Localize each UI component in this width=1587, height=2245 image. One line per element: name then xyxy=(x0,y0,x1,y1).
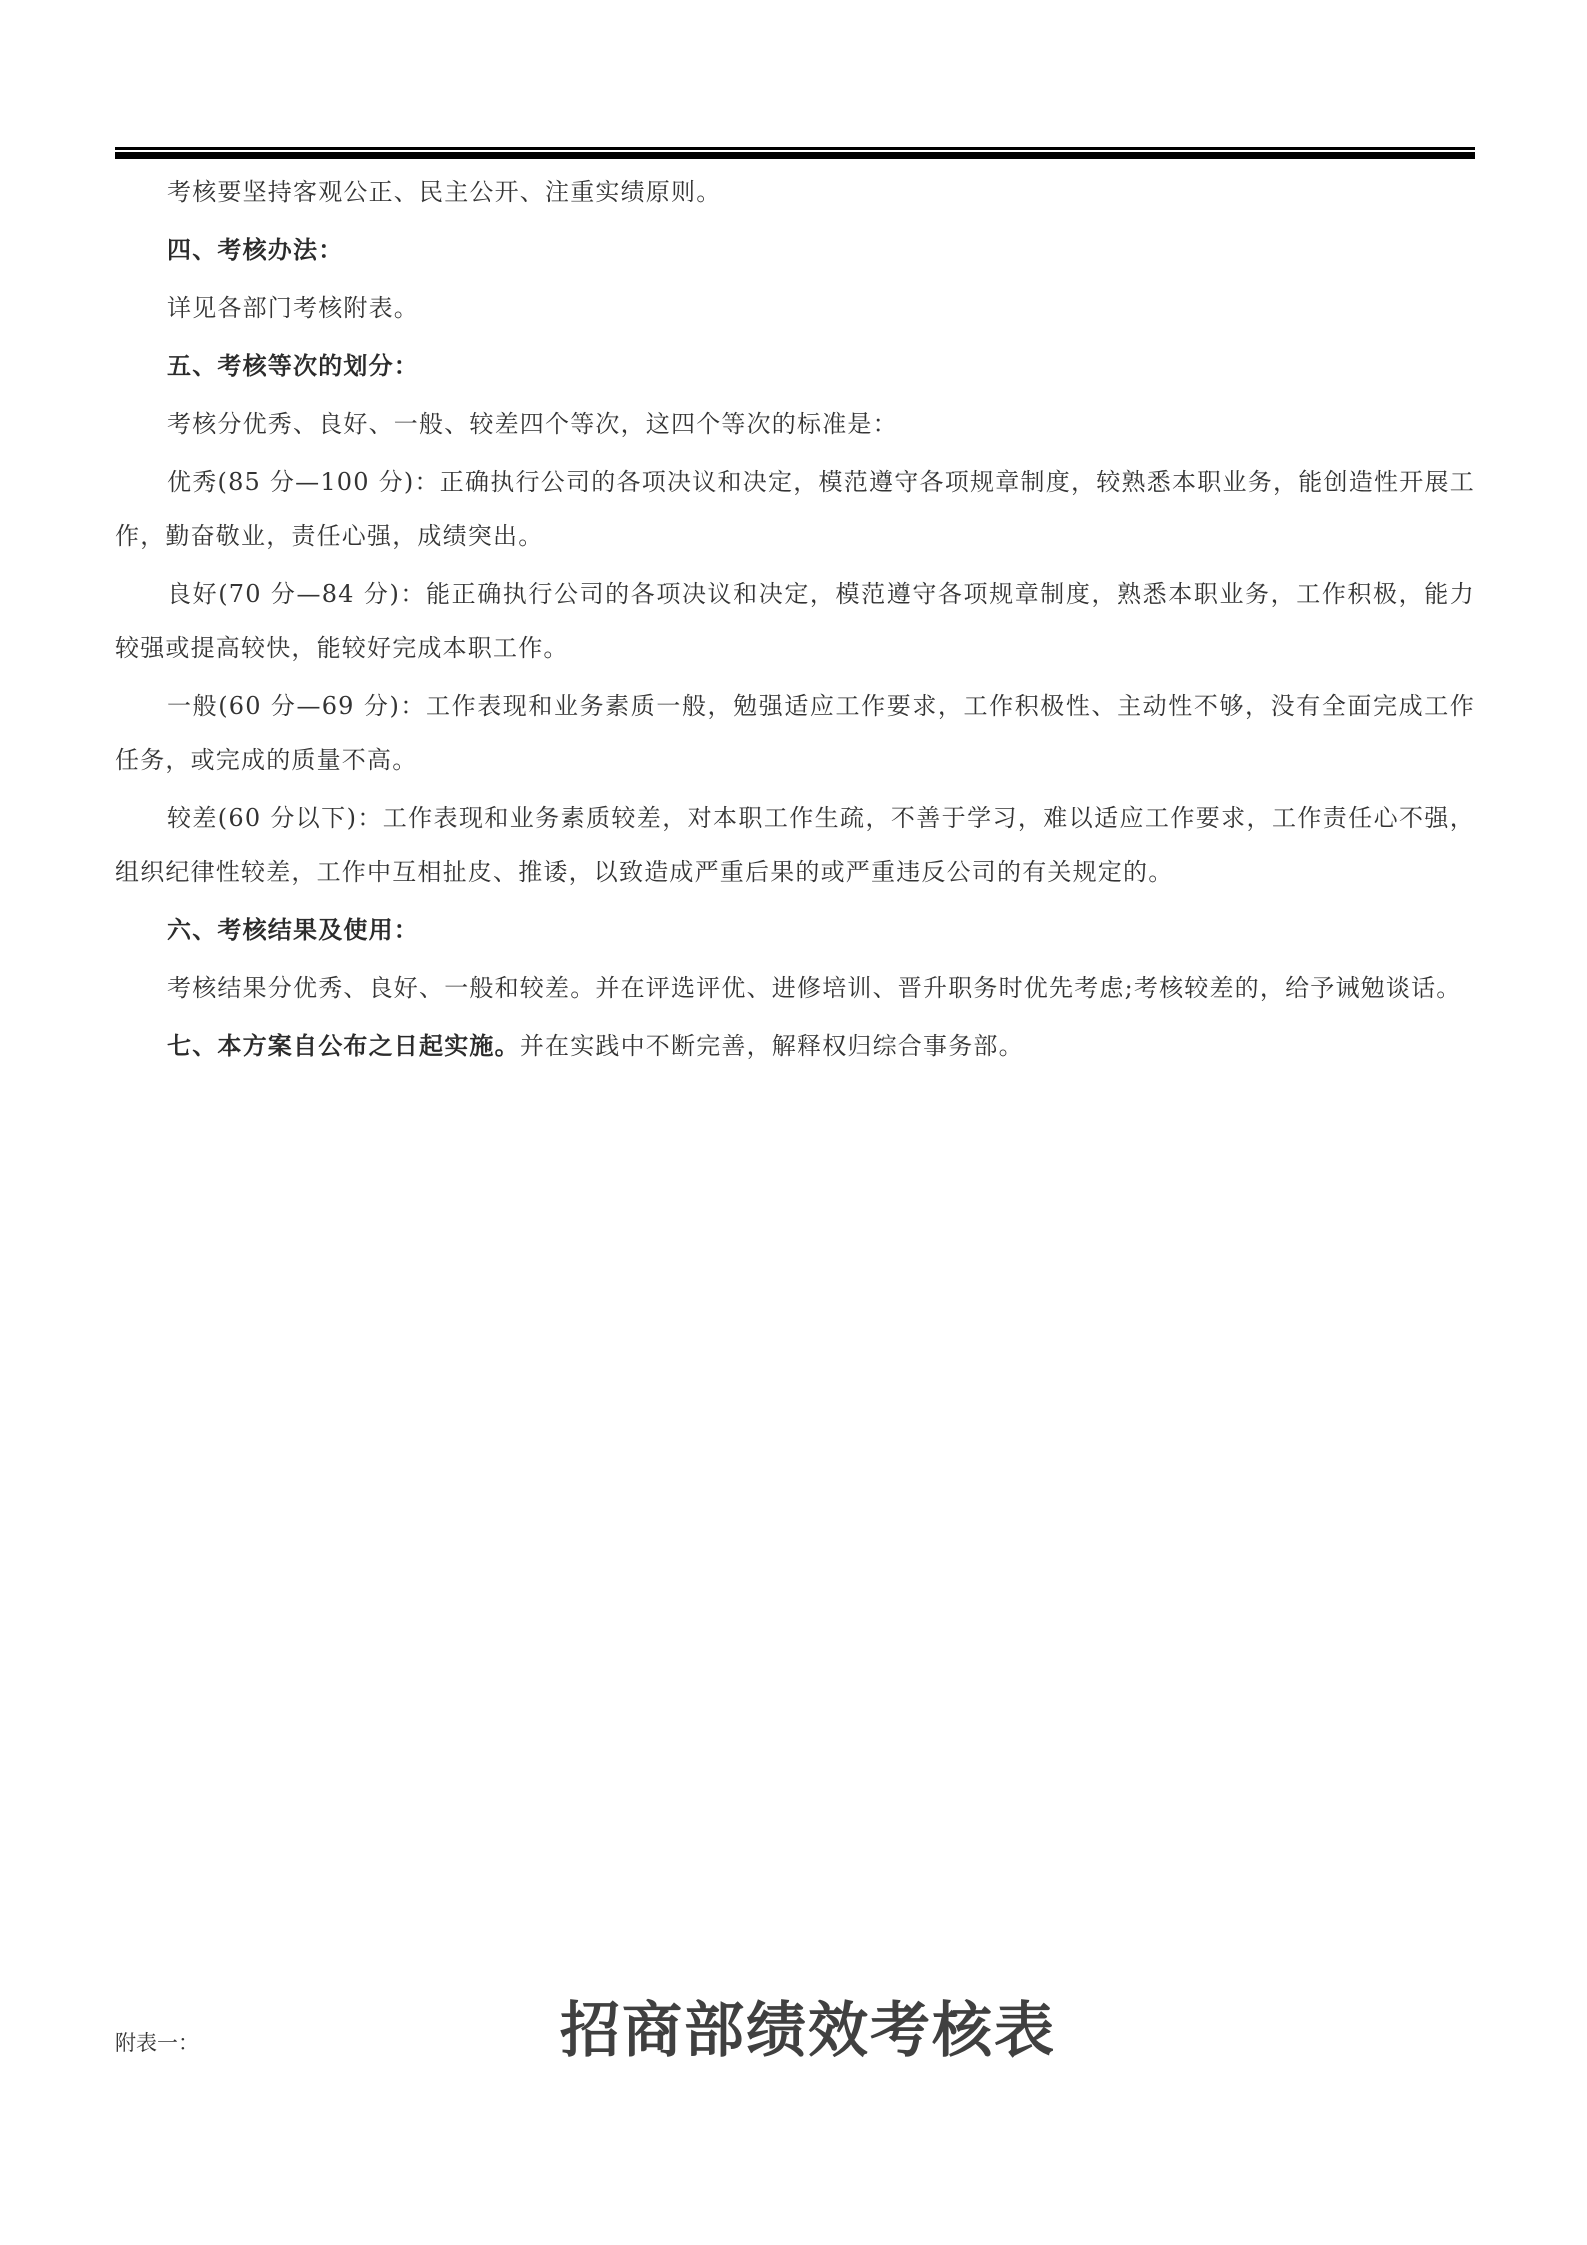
implementation-remainder: 并在实践中不断完善，解释权归综合事务部。 xyxy=(520,1032,1024,1060)
paragraph-results-usage: 考核结果分优秀、良好、一般和较差。并在评选评优、进修培训、晋升职务时优先考虑;考… xyxy=(115,961,1475,1015)
paragraph-grade-excellent: 优秀(85 分—100 分)：正确执行公司的各项决议和决定，模范遵守各项规章制度… xyxy=(115,455,1475,563)
section-heading-results-usage: 六、考核结果及使用： xyxy=(115,903,1475,957)
document-page: 考核要坚持客观公正、民主公开、注重实绩原则。 四、考核办法： 详见各部门考核附表… xyxy=(0,0,1587,2245)
header-rule-thick xyxy=(115,152,1475,159)
paragraph-implementation: 七、本方案自公布之日起实施。并在实践中不断完善，解释权归综合事务部。 xyxy=(115,1019,1475,1073)
implementation-bold-lead: 七、本方案自公布之日起实施。 xyxy=(167,1031,520,1060)
header-rule-thin xyxy=(115,147,1475,150)
section-heading-assessment-method: 四、考核办法： xyxy=(115,223,1475,277)
paragraph-principle: 考核要坚持客观公正、民主公开、注重实绩原则。 xyxy=(115,165,1475,219)
paragraph-grade-poor: 较差(60 分以下)：工作表现和业务素质较差，对本职工作生疏，不善于学习，难以适… xyxy=(115,791,1475,899)
appendix-title: 招商部绩效考核表 xyxy=(560,1996,1056,2066)
paragraph-grade-average: 一般(60 分—69 分)：工作表现和业务素质一般，勉强适应工作要求，工作积极性… xyxy=(115,679,1475,787)
appendix-label: 附表一： xyxy=(115,2028,199,2058)
document-body: 考核要坚持客观公正、民主公开、注重实绩原则。 四、考核办法： 详见各部门考核附表… xyxy=(115,165,1475,1077)
appendix-header: 附表一： 招商部绩效考核表 xyxy=(115,2000,1475,2070)
header-double-rule xyxy=(115,147,1475,159)
paragraph-assessment-method: 详见各部门考核附表。 xyxy=(115,281,1475,335)
paragraph-grade-intro: 考核分优秀、良好、一般、较差四个等次，这四个等次的标准是： xyxy=(115,397,1475,451)
section-heading-grade-division: 五、考核等次的划分： xyxy=(115,339,1475,393)
paragraph-grade-good: 良好(70 分—84 分)：能正确执行公司的各项决议和决定，模范遵守各项规章制度… xyxy=(115,567,1475,675)
